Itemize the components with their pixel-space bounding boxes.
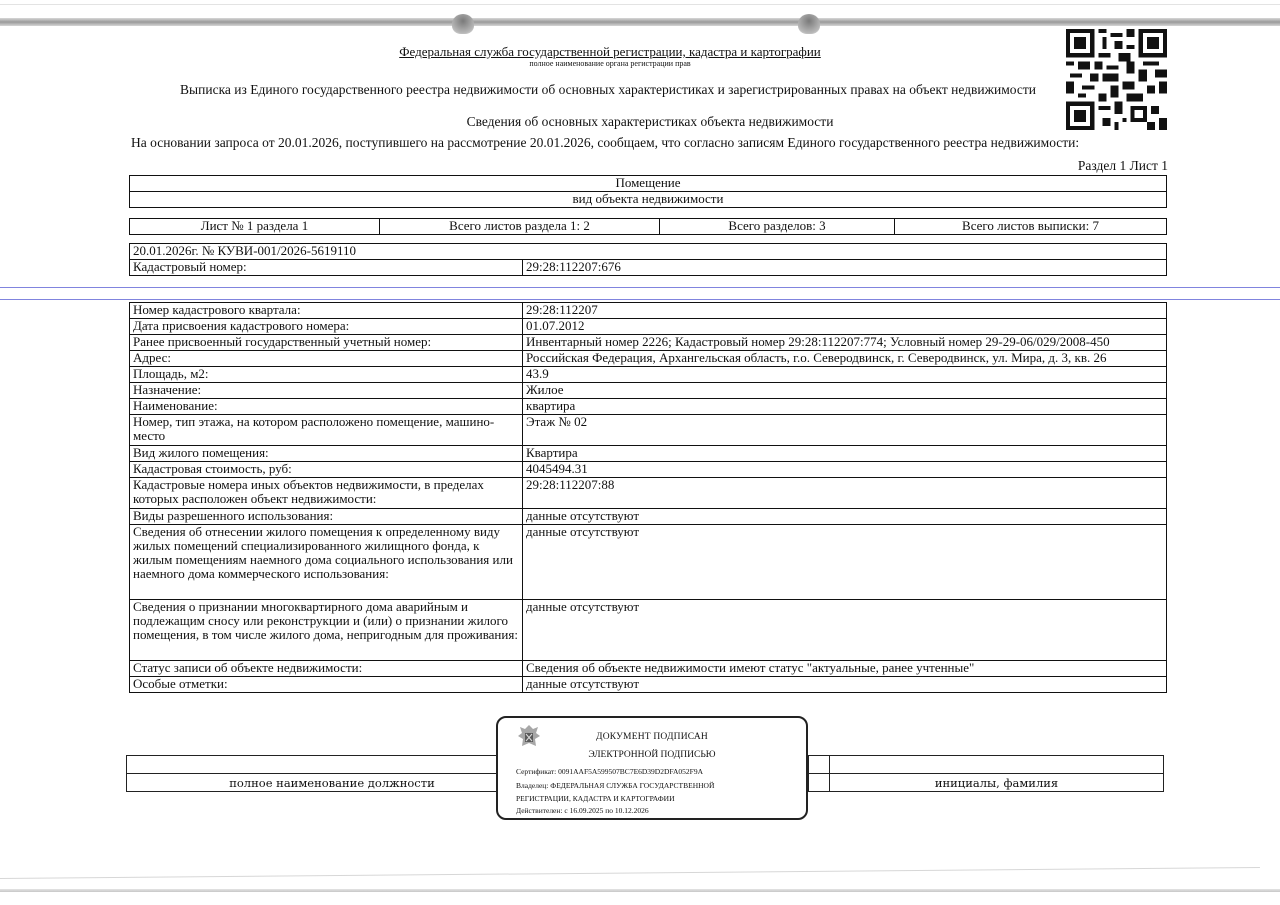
request-basis-text: На основании запроса от 20.01.2026, пост… <box>131 135 1079 151</box>
name-field <box>830 756 1164 774</box>
table-row: Наименование:квартира <box>130 399 1167 415</box>
table-row: Дата присвоения кадастрового номера:01.0… <box>130 319 1167 335</box>
table-row: Назначение:Жилое <box>130 383 1167 399</box>
row-label: Статус записи об объекте недвижимости: <box>130 661 523 677</box>
scan-edge-line <box>0 4 1280 5</box>
spacer-cell <box>809 774 830 792</box>
table-row: Ранее присвоенный государственный учетны… <box>130 335 1167 351</box>
scan-binding-bar <box>0 18 1280 26</box>
record-header-table: 20.01.2026г. № КУВИ-001/2026-5619110 Кад… <box>129 243 1167 276</box>
agency-name: Федеральная служба государственной регис… <box>0 44 1220 60</box>
stamp-esign-text: ЭЛЕКТРОННОЙ ПОДПИСЬЮ <box>498 750 806 760</box>
document-title: Выписка из Единого государственного реес… <box>0 82 1216 98</box>
object-type-table: Помещение вид объекта недвижимости <box>129 175 1167 208</box>
table-row: Виды разрешенного использования:данные о… <box>130 509 1167 525</box>
row-label: Виды разрешенного использования: <box>130 509 523 525</box>
scan-blue-line-bottom <box>0 299 1280 300</box>
row-label: Сведения об отнесении жилого помещения к… <box>130 525 523 600</box>
row-label: Дата присвоения кадастрового номера: <box>130 319 523 335</box>
position-field <box>127 756 538 774</box>
scan-blue-line-top <box>0 287 1280 288</box>
agency-caption: полное наименование органа регистрации п… <box>0 59 1220 68</box>
table-row: Сведения об отнесении жилого помещения к… <box>130 525 1167 600</box>
total-sheets: Всего листов выписки: 7 <box>895 219 1167 235</box>
total-sections: Всего разделов: 3 <box>660 219 895 235</box>
row-value: данные отсутствуют <box>523 509 1167 525</box>
row-value: Жилое <box>523 383 1167 399</box>
table-row: Площадь, м2:43.9 <box>130 367 1167 383</box>
row-label: Кадастровые номера иных объектов недвижи… <box>130 478 523 509</box>
object-type: Помещение <box>130 176 1167 192</box>
row-label: Кадастровая стоимость, руб: <box>130 462 523 478</box>
row-value: Инвентарный номер 2226; Кадастровый номе… <box>523 335 1167 351</box>
row-value: 43.9 <box>523 367 1167 383</box>
scan-bottom-edge <box>0 889 1280 892</box>
extract-reference: 20.01.2026г. № КУВИ-001/2026-5619110 <box>130 244 1167 260</box>
row-value: данные отсутствуют <box>523 525 1167 600</box>
row-value: Российская Федерация, Архангельская обла… <box>523 351 1167 367</box>
row-label: Ранее присвоенный государственный учетны… <box>130 335 523 351</box>
row-label: Сведения о признании многоквартирного до… <box>130 600 523 661</box>
row-label: Особые отметки: <box>130 677 523 693</box>
characteristics-table: Номер кадастрового квартала:29:28:112207… <box>129 302 1167 693</box>
row-label: Вид жилого помещения: <box>130 446 523 462</box>
row-value: Сведения об объекте недвижимости имеют с… <box>523 661 1167 677</box>
row-value: квартира <box>523 399 1167 415</box>
row-value: 4045494.31 <box>523 462 1167 478</box>
table-row: Адрес:Российская Федерация, Архангельска… <box>130 351 1167 367</box>
row-label: Площадь, м2: <box>130 367 523 383</box>
stamp-certificate: Сертификат: 0091AAF5A599507BC7E6D39D2DFA… <box>516 767 703 776</box>
punch-hole-left <box>452 14 474 34</box>
name-caption: инициалы, фамилия <box>830 774 1164 792</box>
row-value: Квартира <box>523 446 1167 462</box>
row-value: 29:28:112207:88 <box>523 478 1167 509</box>
table-row: Номер кадастрового квартала:29:28:112207 <box>130 303 1167 319</box>
table-row: Вид жилого помещения:Квартира <box>130 446 1167 462</box>
row-label: Номер, тип этажа, на котором расположено… <box>130 415 523 446</box>
table-row: Статус записи об объекте недвижимости:Св… <box>130 661 1167 677</box>
position-caption: полное наименование должности <box>127 774 538 792</box>
row-value: Этаж № 02 <box>523 415 1167 446</box>
table-row: Номер, тип этажа, на котором расположено… <box>130 415 1167 446</box>
row-value: данные отсутствуют <box>523 600 1167 661</box>
cadastral-number-label: Кадастровый номер: <box>130 260 523 276</box>
sheet-number: Лист № 1 раздела 1 <box>130 219 380 235</box>
qr-code-icon <box>1066 29 1167 130</box>
sheet-info-table: Лист № 1 раздела 1 Всего листов раздела … <box>129 218 1167 235</box>
scan-bottom-diagonal <box>0 867 1260 879</box>
table-row: Кадастровые номера иных объектов недвижи… <box>130 478 1167 509</box>
electronic-signature-stamp: ДОКУМЕНТ ПОДПИСАН ЭЛЕКТРОННОЙ ПОДПИСЬЮ С… <box>496 716 808 820</box>
row-label: Адрес: <box>130 351 523 367</box>
row-label: Номер кадастрового квартала: <box>130 303 523 319</box>
stamp-validity: Действителен: с 16.09.2025 по 10.12.2026 <box>516 806 649 815</box>
row-value: 29:28:112207 <box>523 303 1167 319</box>
table-row: Особые отметки:данные отсутствуют <box>130 677 1167 693</box>
stamp-owner-line1: Владелец: ФЕДЕРАЛЬНАЯ СЛУЖБА ГОСУДАРСТВЕ… <box>516 781 714 790</box>
spacer-cell <box>809 756 830 774</box>
stamp-signed-text: ДОКУМЕНТ ПОДПИСАН <box>498 732 806 742</box>
stamp-owner-line2: РЕГИСТРАЦИИ, КАДАСТРА И КАРТОГРАФИИ <box>516 794 675 803</box>
row-value: данные отсутствуют <box>523 677 1167 693</box>
row-label: Наименование: <box>130 399 523 415</box>
sheets-in-section: Всего листов раздела 1: 2 <box>380 219 660 235</box>
row-label: Назначение: <box>130 383 523 399</box>
punch-hole-right <box>798 14 820 34</box>
table-row: Кадастровая стоимость, руб:4045494.31 <box>130 462 1167 478</box>
table-row: Сведения о признании многоквартирного до… <box>130 600 1167 661</box>
object-type-caption: вид объекта недвижимости <box>130 192 1167 208</box>
row-value: 01.07.2012 <box>523 319 1167 335</box>
cadastral-number-value: 29:28:112207:676 <box>523 260 1167 276</box>
section-sheet-ref: Раздел 1 Лист 1 <box>1078 158 1168 174</box>
